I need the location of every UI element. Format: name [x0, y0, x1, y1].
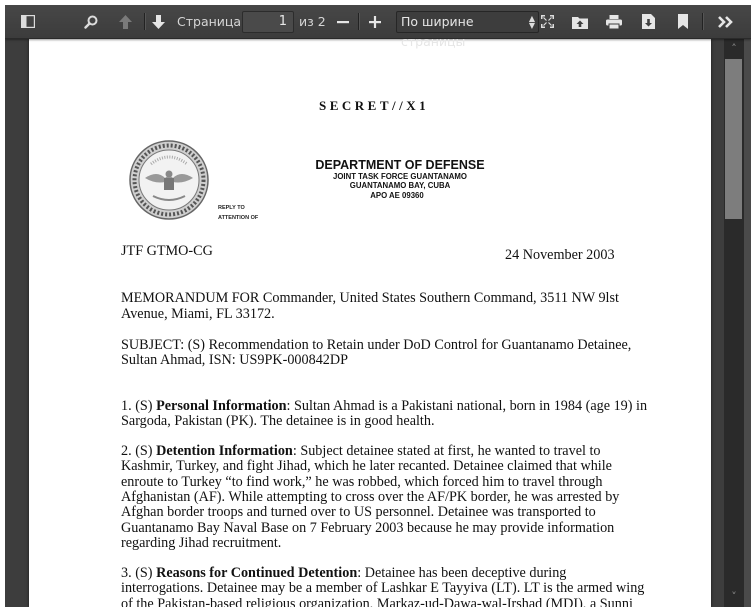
previous-page-button[interactable]	[115, 5, 135, 38]
toolbar-separator	[144, 13, 145, 30]
section1-number: 1. (S)	[121, 398, 156, 414]
memo-for-line1: MEMORANDUM FOR Commander, United States …	[121, 291, 619, 307]
bookmark-icon	[678, 14, 688, 29]
letterhead-line2: GUANTANAMO BAY, CUBA	[29, 181, 711, 190]
arrow-down-icon	[152, 15, 165, 29]
section1-text: : Sultan Ahmad is a Pakistani national, …	[287, 398, 648, 414]
zoom-select-value: По ширине страницы	[401, 14, 474, 49]
document-viewer[interactable]: SECRET//X1 DEPARTMENT OF DEFENSE JOINT T…	[5, 39, 751, 607]
zoom-out-button[interactable]	[334, 5, 352, 38]
download-icon	[642, 14, 655, 29]
chevron-up-icon: ˄	[731, 42, 737, 55]
presentation-mode-button[interactable]	[538, 5, 556, 38]
plus-icon	[369, 16, 381, 28]
letterhead-line3: APO AE 09360	[29, 191, 711, 200]
classification-marking: SECRET//X1	[319, 98, 429, 114]
find-button[interactable]	[79, 5, 103, 38]
open-file-button[interactable]	[569, 5, 591, 38]
toolbar-separator	[358, 13, 359, 30]
next-page-button[interactable]	[148, 5, 168, 38]
tools-menu-button[interactable]	[712, 5, 740, 38]
memo-date: 24 November 2003	[505, 248, 615, 264]
section2-heading: Detention Information	[156, 443, 293, 459]
section2-line2: Kashmir, Turkey, and fight Jihad, which …	[121, 459, 612, 475]
open-file-icon	[572, 15, 588, 29]
reply-to-label: REPLY TO	[218, 205, 245, 211]
window-edge	[744, 39, 751, 607]
section1-heading: Personal Information	[156, 398, 286, 414]
sidebar-toggle-button[interactable]	[13, 5, 43, 38]
pdf-page: SECRET//X1 DEPARTMENT OF DEFENSE JOINT T…	[29, 39, 711, 607]
section2-number: 2. (S)	[121, 443, 156, 459]
page-count: из 2	[299, 5, 326, 38]
download-button[interactable]	[638, 5, 658, 38]
section1-line2: Sargoda, Pakistan (PK). The detainee is …	[121, 414, 435, 430]
scroll-up-button[interactable]: ˄	[724, 39, 744, 59]
section3-line3: of the Pakistan-based religious organiza…	[121, 597, 633, 607]
attention-of-label: ATTENTION OF	[218, 215, 258, 221]
pdf-viewer-window: Страница: 1 из 2 По ширине страницы ▲▼	[5, 5, 751, 607]
page-label: Страница:	[177, 5, 245, 38]
vertical-scrollbar[interactable]: ˄ ˅	[724, 39, 744, 607]
bookmark-button[interactable]	[675, 5, 691, 38]
double-chevron-right-icon	[718, 16, 734, 28]
search-icon	[84, 15, 98, 29]
print-icon	[606, 15, 622, 29]
zoom-in-button[interactable]	[366, 5, 384, 38]
toolbar: Страница: 1 из 2 По ширине страницы ▲▼	[5, 5, 751, 39]
scroll-thumb[interactable]	[725, 59, 742, 219]
section3-text: : Detainee has been deceptive during	[357, 565, 566, 581]
scroll-down-button[interactable]: ˅	[724, 587, 744, 607]
chevron-down-icon: ˅	[731, 590, 737, 603]
letterhead-title: DEPARTMENT OF DEFENSE	[29, 158, 711, 172]
memo-for-line2: Avenue, Miami, FL 33172.	[121, 307, 275, 323]
section3-line2: interrogations. Detainee may be a member…	[121, 581, 644, 597]
zoom-select[interactable]: По ширине страницы ▲▼	[396, 11, 539, 33]
select-arrows-icon: ▲▼	[529, 15, 535, 29]
section3-heading: Reasons for Continued Detention	[156, 565, 357, 581]
office-symbol: JTF GTMO-CG	[121, 244, 213, 260]
section2-line5: Afghan border troops and turned over to …	[121, 505, 596, 521]
section2-text: : Subject detainee stated at first, he w…	[293, 443, 601, 459]
subject-line2: Sultan Ahmad, ISN: US9PK-000842DP	[121, 353, 348, 369]
page-number-input[interactable]: 1	[242, 11, 294, 33]
sidebar-icon	[21, 15, 35, 28]
arrow-up-icon	[119, 15, 132, 29]
letterhead-line1: JOINT TASK FORCE GUANTANAMO	[29, 172, 711, 181]
minus-icon	[337, 16, 349, 28]
section2-line7: regarding Jihad recruitment.	[121, 536, 281, 552]
section3-number: 3. (S)	[121, 565, 156, 581]
fullscreen-icon	[541, 15, 554, 28]
print-button[interactable]	[603, 5, 625, 38]
toolbar-separator	[702, 13, 703, 30]
